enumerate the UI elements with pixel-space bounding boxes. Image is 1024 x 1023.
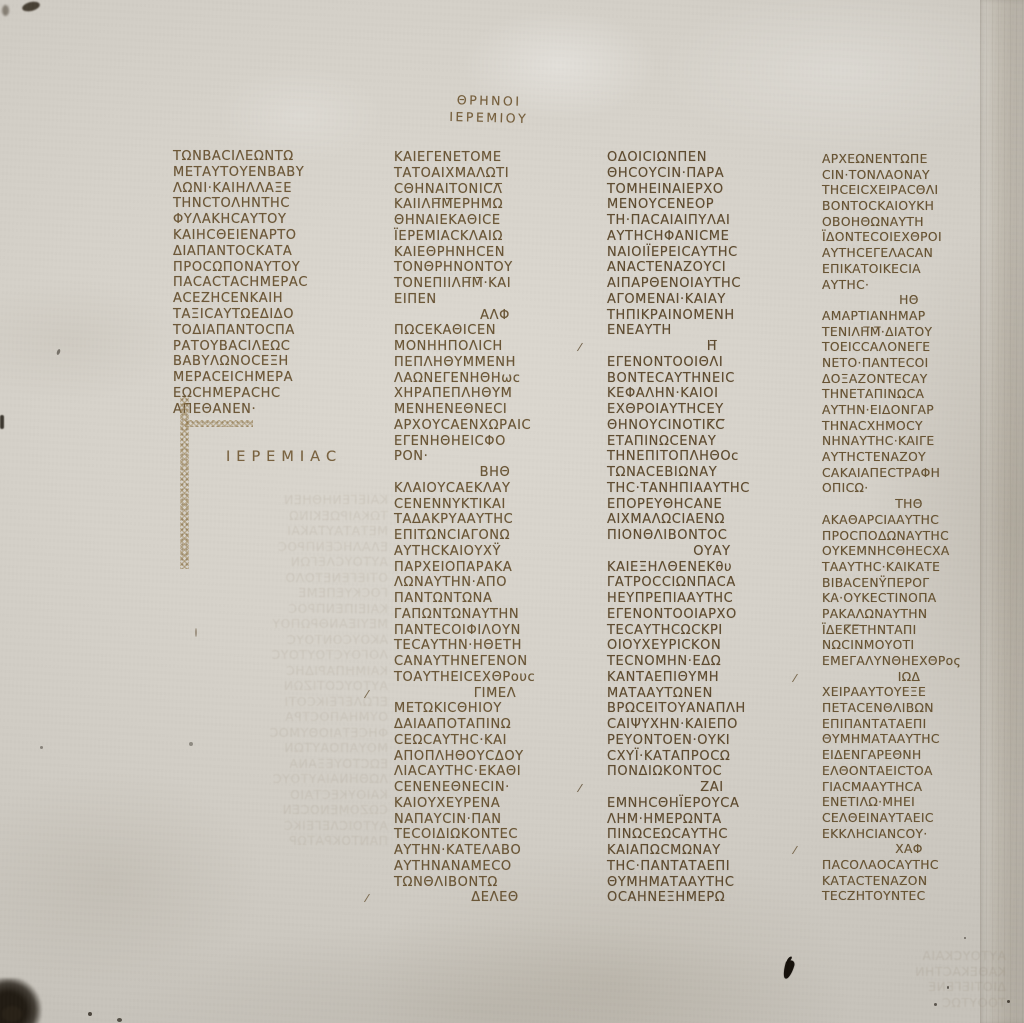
- text-line: ΚΑΙΕΓΕΝΕΤΟΜΕ: [394, 150, 620, 166]
- bleedthrough-line: ΑΥΤΟΥϹΟΤΙΖΩΝ: [198, 678, 388, 694]
- text-line: ΝΩϹΙΝΜΟΥΟΤΙ: [822, 638, 1020, 654]
- text-line: ΟΒΟΗΘΩΝΑΥΤΗ: [822, 215, 1020, 231]
- bleedthrough-line: ΟΤΙΕΓΕΝΕΤΟΛΟ: [198, 570, 388, 586]
- text-line: ΕΝΕΤΙΛΩ·ΜΗΕΙ: [822, 795, 1020, 811]
- text-line: ΡΟΝ·: [394, 449, 620, 465]
- text-line: ΑΙΠΑΡΘΕΝΟΙΑΥΤΗϹ: [607, 276, 841, 292]
- text-line: ΟΥΚΕΜΝΗϹΘΗΕϹΧΑ: [822, 544, 1020, 560]
- text-line: ΠΟΝΔΙΩΚΟΝΤΟϹ: [607, 764, 841, 780]
- text-line: ΜΕΝΟΥϹΕΝΕΟΡ: [607, 197, 841, 213]
- text-line: ΟΙΟΥΧΕΥΡΙϹΚΟΝ: [607, 638, 841, 654]
- text-line: ⁄Η̅: [595, 339, 829, 355]
- bleedthrough-line: ΔΙΟΤΙΕΓΕΝΕ: [828, 979, 1006, 995]
- text-line: ΑΥΤΗΝ·ΚΑΤΕΛΑΒΟ: [394, 843, 620, 859]
- text-line: ΑΥΤΗϹ·: [822, 278, 1020, 294]
- text-line: ΤΗϹ·ΠΑΝΤΑΤΑΕΠΙ: [607, 859, 841, 875]
- text-line: ΑΓΟΜΕΝΑΙ·ΚΑΙΑΥ: [607, 292, 841, 308]
- text-line: ΕΜΝΗϹΘΗΪΕΡΟΥϹΑ: [607, 796, 841, 812]
- text-line: ΤΗΝΕΠΙΤΟΠΛΗΘΟϲ: [607, 449, 841, 465]
- text-line: ΚΑΙΟΥΧΕΥΡΕΝΑ: [394, 796, 620, 812]
- text-line: ΘΥΜΗΜΑΤΑΑΥΤΗϹ: [607, 875, 841, 891]
- text-line: ΔΙΑΠΑΝΤΟϹΚΑΤΑ: [173, 244, 399, 260]
- bleedthrough-line: ΦΗϹΕΤΑΙΟΘΥΜΟϹ: [198, 725, 388, 741]
- text-line: ⁄ΧΑΦ: [810, 842, 1008, 858]
- text-line: ΜΕΝΗΕΝΕΘΝΕϹΙ: [394, 402, 620, 418]
- text-line: ΓΑΠΩΝΤΩΝΑΥΤΗΝ: [394, 607, 620, 623]
- text-line: ΚΕΦΑΛΗΝ·ΚΑΙΟΙ: [607, 386, 841, 402]
- text-line: ΤΗΝϹΤΟΛΗΝΤΗϹ: [173, 196, 399, 212]
- text-line: ΧΗΡΑΠΕΠΛΗΘΥΜ: [394, 386, 620, 402]
- left-edge-mark: [0, 415, 4, 429]
- text-line: ΒΡΩϹΕΙΤΟΥΑΝΑΠΛΗ: [607, 701, 841, 717]
- text-line: ΕΠΙΤΩΝϹΙΑΓΟΝΩ: [394, 528, 620, 544]
- text-line: ΕΠΙΚΑΤΟΙΚΕϹΙΑ: [822, 262, 1020, 278]
- bleedthrough-text-corner: ΑΥΤΟΥϹΚΑΙΑΚΑΘΕΚΑϹΤΗΝΔΙΟΤΙΕΓΕΝΕΤΟΟΥΤΩϹ: [828, 948, 1006, 1010]
- text-column-4: ΑΡΧΕΩΝΕΝΤΩΠΕϹΙΝ·ΤΟΝΛΑΟΝΑΥΤΗϹΕΙϹΧΕΙΡΑϹΘΛΙ…: [822, 152, 1020, 905]
- text-line: ΠΩϹΕΚΑΘΙϹΕΝ: [394, 323, 620, 339]
- bleedthrough-line: ΤΩΚΑΙΡΩΕΚΙΝΩ: [198, 508, 388, 524]
- text-line: ΒΗΘ: [382, 465, 608, 481]
- text-line: ΘΥΜΗΜΑΤΑΑΥΤΗϹ: [822, 732, 1020, 748]
- text-line: ΧΕΙΡΑΑΥΤΟΥΕΞΕ: [822, 685, 1020, 701]
- text-line: ΑΥΤΗϹΚΑΙΟΥΧΫ: [394, 544, 620, 560]
- text-line: ΪΕΡΕΜΙΑϹΚΛΑΙΩ: [394, 229, 620, 245]
- text-line: ΤΑΞΙϹΑΥΤΩΕΔΙΔΟ: [173, 307, 399, 323]
- text-line: ⁄ΖΑΙ: [595, 780, 829, 796]
- coronis-ornament-horizontal: [185, 420, 253, 427]
- text-line: ϹΕΩϹΑΥΤΗϹ·ΚΑΙ: [394, 733, 620, 749]
- text-line: ΑΥΤΗϹΤΕΝΑΖΟΥ: [822, 450, 1020, 466]
- text-line: ΑΛΦ: [382, 308, 608, 324]
- text-line: ΡΑΚΑΛΩΝΑΥΤΗΝ: [822, 607, 1020, 623]
- text-line: ϹΘΗΝΑΙΤΟΝΙϹ̅Λ̅: [394, 182, 620, 198]
- text-line: ΟϹΑΗΝΕΞΗΜΕΡΩ: [607, 890, 841, 906]
- ink-speck: [40, 746, 43, 749]
- text-line: ΦΥΛΑΚΗϹΑΥΤΟΥ: [173, 212, 399, 228]
- bleedthrough-line: ΑΥΤΟΥϹΚΑΙΑ: [828, 948, 1006, 964]
- text-line: ΠΙΝΩϹΕΩϹΑΥΤΗϹ: [607, 827, 841, 843]
- paragraphos-mark: ⁄: [794, 843, 796, 859]
- text-line: ΟΠΙϹΩ·: [822, 481, 1020, 497]
- text-line: ΕΓΕΝΟΝΤΟΟΙΑΡΧΟ: [607, 607, 841, 623]
- text-line: ΒΟΝΤΟϹΚΑΙΟΥΚΗ: [822, 199, 1020, 215]
- text-line: ΜΕΤΑΥΤΟΥΕΝΒΑΒΥ: [173, 165, 399, 181]
- bleedthrough-line: ΑΥΤΟΙϹΛΕΓΕΙΚϹ: [198, 818, 388, 834]
- text-line: ΑΡΧΟΥϹΑΕΝΧΩΡΑΙϹ: [394, 418, 620, 434]
- paragraphos-mark: ⁄: [366, 891, 368, 907]
- text-line: ΝΑΠΑΥϹΙΝ·ΠΑΝ: [394, 812, 620, 828]
- text-line: ΪΔΕΚ̅Ε̅ΤΗΝΤΑΠΙ: [822, 623, 1020, 639]
- text-line: ΑΙΧΜΑΛΩϹΙΑΕΝΩ: [607, 512, 841, 528]
- text-line: ΕΚΚΛΗϹΙΑΝϹΟΥ·: [822, 827, 1020, 843]
- book-subscription: ΙΕΡΕΜΙΑϹ: [226, 449, 342, 465]
- bleedthrough-line: ΚΑΙΕΙΠΕΝΠΡΟϹ: [198, 601, 388, 617]
- text-line: ΤΕϹΟΙΔΙΩΚΟΝΤΕϹ: [394, 827, 620, 843]
- text-line: ΘΗΝΑΙΕΚΑΘΙϹΕ: [394, 213, 620, 229]
- text-line: ΚΑΝΤΑΕΠΙΘΥΜΗ: [607, 670, 841, 686]
- paragraphos-mark: ⁄: [579, 340, 581, 356]
- text-line: ΤΑΤΟΑΙΧΜΑΛΩΤΙ: [394, 166, 620, 182]
- bleedthrough-line: ΛΟΓΟΥϹΤΟΥΤΟΥϹ: [198, 647, 388, 663]
- text-line: ΓΙΑϹΜΑΑΥΤΗϹΑ: [822, 780, 1020, 796]
- bleedthrough-line: ΚΑΘΕΚΑϹΤΗΝ: [828, 964, 1006, 980]
- bleedthrough-line: ΚΑΙΜΗΠΑΡΙΔΗϹ: [198, 663, 388, 679]
- ink-speck: [189, 742, 193, 746]
- text-line: ΛΙΑϹΑΥΤΗϹ·ΕΚΑΘΙ: [394, 764, 620, 780]
- bleedthrough-line: ΕΛΑΛΗϹΕΝΠΡΟϹ: [198, 539, 388, 555]
- text-line: ϹΑΝΑΥΤΗΝΕΓΕΝΟΝ: [394, 654, 620, 670]
- bleedthrough-line: ΑΚΟΥϹΟΝΤΟΥϹ: [198, 632, 388, 648]
- running-title: ΘΡΗΝΟΙ ΙΕΡΕΜΙΟΥ: [404, 90, 575, 128]
- corner-stain-top-left-2: [2, 5, 9, 16]
- text-line: ΤΩΝΒΑϹΙΛΕΩΝΤΩ: [173, 149, 399, 165]
- text-line: ΤΟΝΕΠΙΙΛΗ̅Μ̅·ΚΑΙ: [394, 276, 620, 292]
- text-line: ΤΕϹΝΟΜΗΝ·ΕΔΩ: [607, 654, 841, 670]
- text-line: ΤΩΝΘΛΙΒΟΝΤΩ: [394, 875, 620, 891]
- text-line: ΠΕΤΑϹΕΝΘΛΙΒΩΝ: [822, 701, 1020, 717]
- text-line: ΤΗϹ·ΤΑΝΗΠΙΑΑΥΤΗϹ: [607, 481, 841, 497]
- text-line: ΤΟΕΙϹϹΑΛΟΝΕΓΕ: [822, 340, 1020, 356]
- text-line: ΤΕϹΖΗΤΟΥΝΤΕϹ: [822, 889, 1020, 905]
- text-line: ΛΑΩΝΕΓΕΝΗΘΗωϲ: [394, 371, 620, 387]
- bleedthrough-text-left: ΚΑΙΕΓΕΝΗΘΗΕΝΤΩΚΑΙΡΩΕΚΙΝΩΜΕΤΑΤΑΥΤΑΚΑΙΕΛΑΛ…: [198, 492, 388, 849]
- text-line: ΕΙΔΕΝΓΑΡΕΘΝΗ: [822, 748, 1020, 764]
- text-line: ΚΑΙΕΘΡΗΝΗϹΕΝ: [394, 245, 620, 261]
- text-line: ΤΗΘ: [810, 497, 1008, 513]
- text-line: ΝΕΤΟ·ΠΑΝΤΕϹΟΙ: [822, 356, 1020, 372]
- text-line: ΤΗϹΕΙϹΧΕΙΡΑϹΘΛΙ: [822, 183, 1020, 199]
- text-line: ΠΡΟϹΠΟΔΩΝΑΥΤΗϹ: [822, 529, 1020, 545]
- text-line: ΕΙΠΕΝ: [394, 292, 620, 308]
- text-line: ΤΟΜΗΕΙΝΑΙΕΡΧΟ: [607, 182, 841, 198]
- bleedthrough-line: ΛΩΘΗΝΑΙΑΥΤΟΥϹ: [198, 771, 388, 787]
- paragraphos-mark: ⁄: [579, 781, 581, 797]
- ink-speck: [117, 1018, 122, 1022]
- text-line: ΑΚΑΘΑΡϹΙΑΑΥΤΗϹ: [822, 513, 1020, 529]
- text-line: ϹΑΚΑΙΑΠΕϹΤΡΑΦΗ: [822, 466, 1020, 482]
- bleedthrough-line: ΜΕΤΑΤΑΥΤΑΚΑΙ: [198, 523, 388, 539]
- bleedthrough-line: ΑΥΤΟΥϹΛΕΓΩΝ: [198, 554, 388, 570]
- bleedthrough-line: ΟΥΜΗΑΠΟϹΤΡΑ: [198, 709, 388, 725]
- ink-speck: [934, 1003, 937, 1006]
- text-line: ΠΑϹΟΛΑΟϹΑΥΤΗϹ: [822, 858, 1020, 874]
- bleedthrough-line: ΤΟΟΥΤΩϹ: [828, 995, 1006, 1011]
- text-line: ΜΟΝΗΗΠΟΛΙϹΗ: [394, 339, 620, 355]
- text-line: ΤΗΝΕΤΑΠΙΝΩϹΑ: [822, 387, 1020, 403]
- ink-speck: [947, 986, 949, 989]
- text-line: ΑΠΕΘΑΝΕΝ·: [173, 402, 399, 418]
- text-line: ΒΟΝΤΕϹΑΥΤΗΝΕΙϹ: [607, 371, 841, 387]
- ink-speck: [56, 349, 61, 356]
- ink-speck: [1007, 1000, 1010, 1003]
- text-line: ϹΕΛΘΕΙΝΑΥΤΑΕΙϹ: [822, 811, 1020, 827]
- text-line: ΪΔΟΝΤΕϹΟΙΕΧΘΡΟΙ: [822, 230, 1020, 246]
- text-line: ΝΗΝΑΥΤΗϹ·ΚΑΙΓΕ: [822, 434, 1020, 450]
- text-line: ΤΕϹΑΥΤΗΝ·ΗΘΕΤΗ: [394, 638, 620, 654]
- text-line: ΤΟΝΘΡΗΝΟΝΤΟΥ: [394, 260, 620, 276]
- text-column-2: ΚΑΙΕΓΕΝΕΤΟΜΕΤΑΤΟΑΙΧΜΑΛΩΤΙϹΘΗΝΑΙΤΟΝΙϹ̅Λ̅Κ…: [394, 150, 620, 906]
- text-line: ΤΕϹΑΥΤΗϹΩϹΚΡΙ: [607, 623, 841, 639]
- text-line: ⁄ΔΕΛΕΘ: [382, 890, 608, 906]
- text-line: ΑϹΕΖΗϹΕΝΚΑΙΗ: [173, 291, 399, 307]
- text-line: ΚΑΤΑϹΤΕΝΑΖΟΝ: [822, 874, 1020, 890]
- text-line: ΛΗΜ·ΗΜΕΡΩΝΤΑ: [607, 812, 841, 828]
- text-line: ΠΑΡΧΕΙΟΠΑΡΑΚΑ: [394, 560, 620, 576]
- text-line: ΤΕΝΙΛΗ̅Μ̅·ΔΙΑΤΟΥ: [822, 325, 1020, 341]
- text-line: ΛΩΝΙ·ΚΑΙΗΛΛΑΞΕ: [173, 181, 399, 197]
- text-line: ΤΑΑΥΤΗϹ·ΚΑΙΚΑΤΕ: [822, 560, 1020, 576]
- text-line: ΕΩϹΗΜΕΡΑϹΗϹ: [173, 386, 399, 402]
- text-column-3: ΟΔΟΙϹΙΩΝΠΕΝΘΗϹΟΥϹΙΝ·ΠΑΡΑΤΟΜΗΕΙΝΑΙΕΡΧΟΜΕΝ…: [607, 150, 841, 906]
- text-line: ΚΑΙΙΛΗ̅Μ̅ΕΡΗΜΩ: [394, 197, 620, 213]
- text-line: ΚΑΙΕΞΗΛΘΕΝΕΚθυ: [607, 560, 841, 576]
- text-line: ϹΕΝΕΝΕΘΝΕϹΙΝ·: [394, 780, 620, 796]
- ink-speck: [964, 937, 966, 939]
- text-line: ΠΑΝΤΕϹΟΙΦΙΛΟΥΝ: [394, 623, 620, 639]
- text-line: ΕΠΟΡΕΥΘΗϹΑΝΕ: [607, 497, 841, 513]
- text-line: ΕΓΕΝΗΘΗΕΙϹΦΟ: [394, 434, 620, 450]
- text-line: ΚΑΙΗϹΘΕΙΕΝΑΡΤΟ: [173, 228, 399, 244]
- text-line: ΝΑΙΟΙΪΕΡΕΙϹΑΥΤΗϹ: [607, 245, 841, 261]
- bleedthrough-line: ΚΑΙΕΓΕΝΗΘΗΕΝ: [198, 492, 388, 508]
- text-line: ΜΕΡΑϹΕΙϹΗΜΕΡΑ: [173, 370, 399, 386]
- paragraphos-mark: ⁄: [366, 687, 368, 703]
- ink-speck: [88, 1012, 92, 1016]
- corner-stain-top-left: [21, 0, 41, 13]
- text-line: ΒΑΒΥΛΩΝΟϹΕΞΗ: [173, 354, 399, 370]
- text-line: ΗΘ: [810, 293, 1008, 309]
- text-line: ΑΝΑϹΤΕΝΑΖΟΥϹΙ: [607, 260, 841, 276]
- text-line: ΑΠΟΠΛΗΘΟΥϹΔΟΥ: [394, 749, 620, 765]
- text-line: ΠΙΟΝΘΛΙΒΟΝΤΟϹ: [607, 528, 841, 544]
- bleedthrough-line: ΕΓΩΛΕΓΕΙΚϹΟΤΙ: [198, 694, 388, 710]
- bleedthrough-line: ΜΕΥΙΕΑΝΘΡΩΠΟΥ: [198, 616, 388, 632]
- ink-drop-blot: [782, 959, 796, 980]
- text-line: ΔΟΞΑΖΟΝΤΕϹΑΥ: [822, 372, 1020, 388]
- text-line: ΕΓΕΝΟΝΤΟΟΙΘΛΙ: [607, 355, 841, 371]
- text-line: ΕΜΕΓΑΛΥΝΘΗΕΧΘΡος: [822, 654, 1020, 670]
- text-line: ΔΑΙΑΑΠΟΤΑΠΙΝΩ: [394, 717, 620, 733]
- text-line: ΟΥΑΥ: [595, 544, 829, 560]
- text-line: ΑΡΧΕΩΝΕΝΤΩΠΕ: [822, 152, 1020, 168]
- bleedthrough-line: ΓΟϹΚΥΕΠΕΜΕ: [198, 585, 388, 601]
- text-line: ΑΥΤΗΝ·ΕΙΔΟΝΓΑΡ: [822, 403, 1020, 419]
- text-line: ΤΟΔΙΑΠΑΝΤΟϹΠΑ: [173, 323, 399, 339]
- text-line: ΕΧΘΡΟΙΑΥΤΗϹΕΥ: [607, 402, 841, 418]
- text-line: ΟΔΟΙϹΙΩΝΠΕΝ: [607, 150, 841, 166]
- paragraphos-mark: ⁄: [794, 671, 796, 687]
- text-line: ΠΕΠΛΗΘΥΜΜΕΝΗ: [394, 355, 620, 371]
- bleedthrough-line: ΜΟΥΑΠΟΑΥΤΩΝ: [198, 740, 388, 756]
- text-line: ΤΗ·ΠΑϹΑΙΑΙΠΥΛΑΙ: [607, 213, 841, 229]
- text-line: ΠΡΟϹΩΠΟΝΑΥΤΟΥ: [173, 260, 399, 276]
- text-line: ΘΗΝΟΥϹΙΝΟΤΙΚ̅Ϲ̅: [607, 418, 841, 434]
- text-line: ϹΧΥΪ·ΚΑΤΑΠΡΟϹΩ: [607, 749, 841, 765]
- text-line: ΘΗϹΟΥϹΙΝ·ΠΑΡΑ: [607, 166, 841, 182]
- text-line: ΑΥΤΗΝΑΝΑΜΕϹΟ: [394, 859, 620, 875]
- text-line: ⁄ΙΩΔ: [810, 670, 1008, 686]
- text-line: ΕΤΑΠΙΝΩϹΕΝΑΥ: [607, 434, 841, 450]
- text-line: ΠΑΝΤΩΝΤΩΝΑ: [394, 591, 620, 607]
- text-line: ΕΠΙΠΑΝΤΑΤΑΕΠΙ: [822, 717, 1020, 733]
- text-line: ϹΕΝΕΝΝΥΚΤΙΚΑΙ: [394, 497, 620, 513]
- text-line: ΡΕΥΟΝΤΟΕΝ·ΟΥΚΙ: [607, 733, 841, 749]
- text-line: ΤΩΝΑϹΕΒΙΩΝΑΥ: [607, 465, 841, 481]
- bleedthrough-line: ΚΑΙΟΥΚΕϹΤΑΙΟ: [198, 787, 388, 803]
- text-line: ΒΙΒΑϹΕΝΫΠΕΡΟΓ: [822, 576, 1020, 592]
- text-line: ΛΩΝΑΥΤΗΝ·ΑΠΟ: [394, 575, 620, 591]
- text-line: ΡΑΤΟΥΒΑϹΙΛΕΩϹ: [173, 339, 399, 355]
- running-title-line2: ΙΕΡΕΜΙΟΥ: [404, 107, 574, 128]
- text-line: ΤΗΝΑϹΧΗΜΟϹΥ: [822, 419, 1020, 435]
- text-line: ΕΛΘΟΝΤΑΕΙϹΤΟΑ: [822, 764, 1020, 780]
- text-line: ΤΟΑΥΤΗΕΙϹΕΧΘΡουϲ: [394, 670, 620, 686]
- text-line: ΗΕΥΠΡΕΠΙΑΑΥΤΗϹ: [607, 591, 841, 607]
- text-line: ΚΑ·ΟΥΚΕϹΤΙΝΟΠΑ: [822, 591, 1020, 607]
- text-line: ΜΕΤΩΚΙϹΘΗΙΟΥ: [394, 701, 620, 717]
- text-column-1: ΤΩΝΒΑϹΙΛΕΩΝΤΩΜΕΤΑΥΤΟΥΕΝΒΑΒΥΛΩΝΙ·ΚΑΙΗΛΛΑΞ…: [173, 149, 399, 418]
- manuscript-page: ΚΑΙΕΓΕΝΗΘΗΕΝΤΩΚΑΙΡΩΕΚΙΝΩΜΕΤΑΤΑΥΤΑΚΑΙΕΛΑΛ…: [0, 0, 1024, 1023]
- text-line: ΕΝΕΑΥΤΗ: [607, 323, 841, 339]
- text-line: ΤΑΔΑΚΡΥΑΑΥΤΗϹ: [394, 512, 620, 528]
- text-line: ΓΑΤΡΟϹϹΙΩΝΠΑϹΑ: [607, 575, 841, 591]
- text-line: ⁄ΓΙΜΕΛ: [382, 686, 608, 702]
- bleedthrough-line: ϹΩΖΟΜΕΝΟϹΕΝ: [198, 802, 388, 818]
- text-line: ΑΥΤΗϹΗΦΑΝΙϹΜΕ: [607, 229, 841, 245]
- text-line: ΤΗΠΙΚΡΑΙΝΟΜΕΝΗ: [607, 308, 841, 324]
- text-line: ϹΑΙΨΥΧΗΝ·ΚΑΙΕΠΟ: [607, 717, 841, 733]
- margin-mark: [195, 628, 197, 637]
- corner-stain-bottom-left-2: [2, 1006, 22, 1022]
- bleedthrough-line: ΕΩϹΤΟΥΕΞΑΝΑ: [198, 756, 388, 772]
- text-line: ΚΛΑΙΟΥϹΑΕΚΛΑΥ: [394, 481, 620, 497]
- text-line: ϹΙΝ·ΤΟΝΛΑΟΝΑΥ: [822, 168, 1020, 184]
- text-line: ΑΜΑΡΤΙΑΝΗΜΑΡ: [822, 309, 1020, 325]
- text-line: ΠΑϹΑϹΤΑϹΗΜΕΡΑϹ: [173, 275, 399, 291]
- text-line: ΚΑΙΑΠΩϹΜΩΝΑΥ: [607, 843, 841, 859]
- text-line: ΑΥΤΗϹΕΓΕΛΑϹΑΝ: [822, 246, 1020, 262]
- bleedthrough-line: ΠΑΝΤΟΚΡΑΤΩΡ: [198, 833, 388, 849]
- text-line: ΜΑΤΑΑΥΤΩΝΕΝ: [607, 686, 841, 702]
